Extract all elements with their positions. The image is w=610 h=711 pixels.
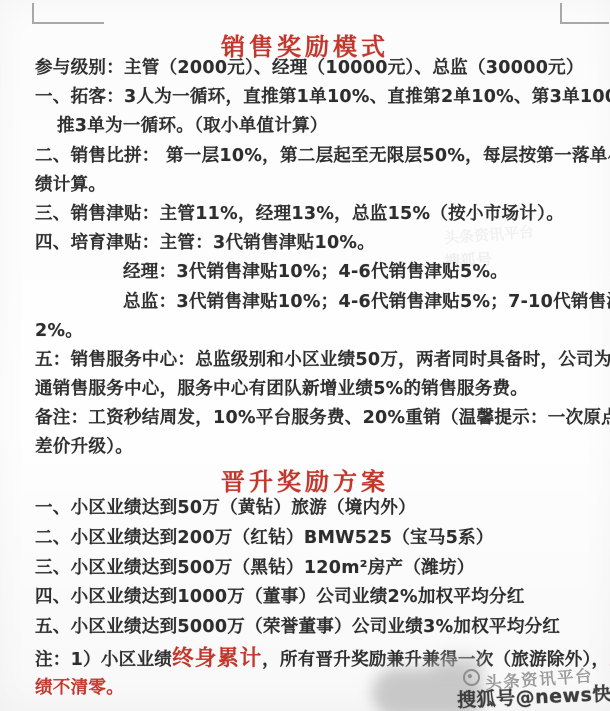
item2-sales-competition-line2: 绩计算。 <box>35 171 610 200</box>
promotion-item4-line: 四、小区业绩达到1000万（董事）公司业绩2%加权平均分红 <box>35 583 610 613</box>
watermark-bottom-right: 头条资讯平台 搜狐号@news快讯 <box>455 660 610 710</box>
watermark-account-text: 搜狐号@news快讯 <box>456 678 610 711</box>
note-prefix: 注：1）小区业绩 <box>35 650 172 670</box>
watermark-faint-platform-text: 头条资讯平台 <box>443 221 534 248</box>
promotion-item3-line: 三、小区业绩达到500万（黑钻）120m²房产（潍坊） <box>35 554 610 584</box>
item2-sales-competition-line1: 二、销售比拼： 第一层10%，第二层起至无限层50%，每层按第一落单小单业 <box>35 142 610 171</box>
remark-line1: 备注：工资秒结周发，10%平台服务费、20%重销（温馨提示：一次原点位补 <box>35 404 610 433</box>
section2-title: 晋升奖励方案 <box>0 462 610 497</box>
item4-nurture-director-line1: 总监：3代销售津贴10%；4-6代销售津贴5%；7-10代销售津贴 <box>35 288 610 317</box>
page-corner-mark-left <box>32 3 104 24</box>
promotion-item1-line: 一、小区业绩达到50万（黄钻）旅游（境内外） <box>35 494 610 524</box>
item1-customer-expansion-line2: 推3单为一循环。（取小单值计算） <box>35 112 610 141</box>
watermark-faint-account-text: 搜狐号 <box>443 245 534 273</box>
promotion-item2-line: 二、小区业绩达到200万（红钻）BMW525（宝马5系） <box>35 524 610 554</box>
item4-nurture-director-line2: 2%。 <box>35 317 610 346</box>
document-page: 销售奖励模式 参与级别：主管（2000元）、经理（10000元）、总监（3000… <box>0 0 610 711</box>
promotion-item5-line: 五、小区业绩达到5000万（荣誉董事）公司业绩3%加权平均分红 <box>35 613 610 643</box>
item1-customer-expansion-line1: 一、拓客：3人为一循环，直推第1单10%、直推第2单10%、第3单100%以此类 <box>35 83 610 112</box>
watermark-faint: 头条资讯平台 搜狐号 <box>444 224 534 270</box>
participation-levels-line: 参与级别：主管（2000元）、经理（10000元）、总监（30000元） <box>35 54 610 83</box>
page-corner-mark-right <box>560 3 609 24</box>
note-highlight-accumulate: 终身累计 <box>172 646 262 671</box>
remark-line2: 差价升级）。 <box>35 433 610 462</box>
item5-service-center-line1: 五：销售服务中心：总监级别和小区业绩50万，两者同时具备时，公司为其开 <box>35 346 610 375</box>
item5-service-center-line2: 通销售服务中心，服务中心有团队新增业绩5%的销售服务费。 <box>35 375 610 404</box>
